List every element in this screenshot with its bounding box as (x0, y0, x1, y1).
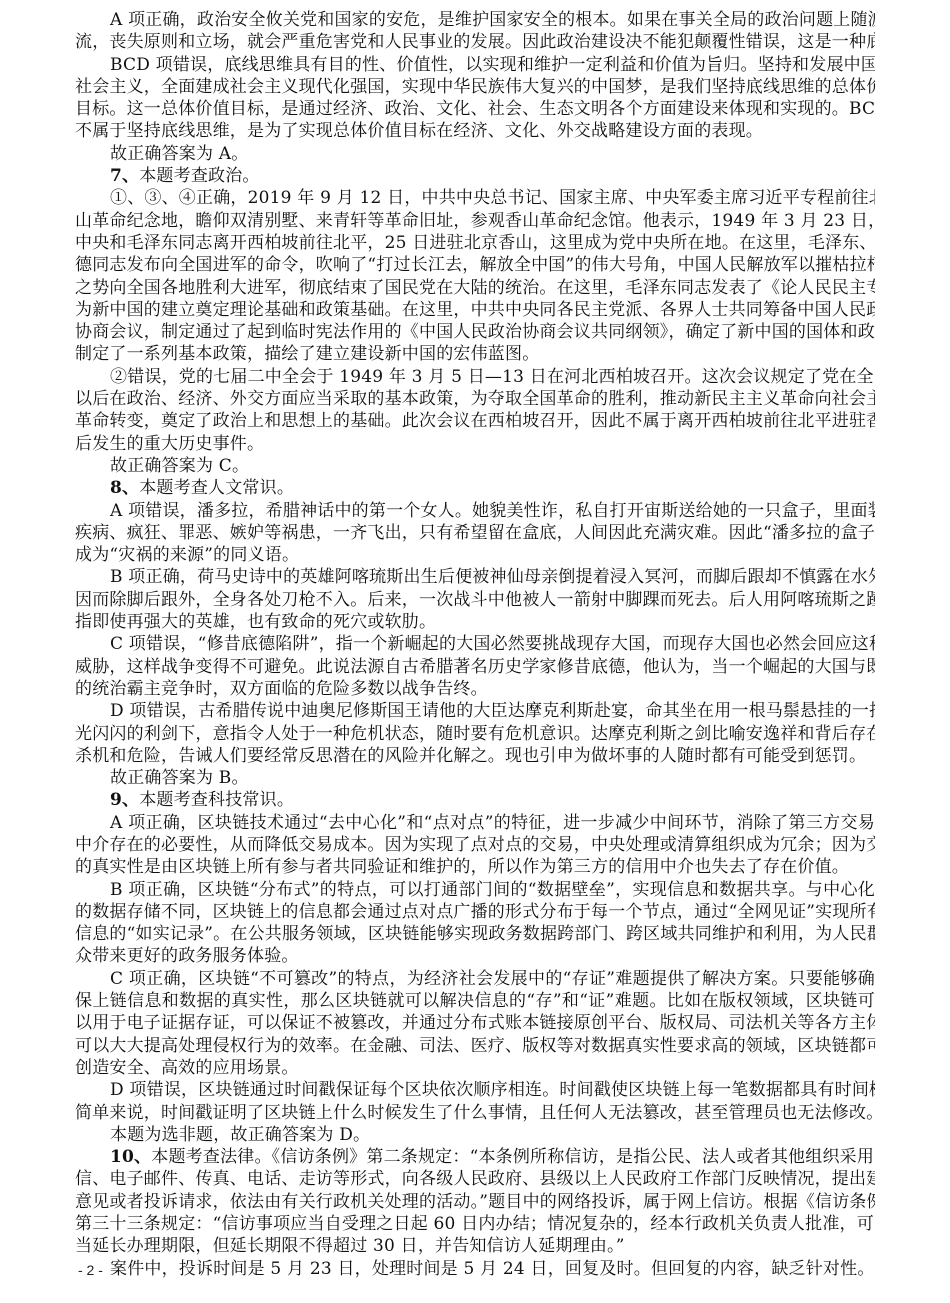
paragraph: D 项错误，区块链通过时间戳保证每个区块依次顺序相连。时间戳使区块链上每一笔数据… (75, 1079, 875, 1124)
text-line: 当延长办理期限，但延长期限不得超过 30 日，并告知信访人延期理由。” (75, 1235, 875, 1257)
section-heading: 8、本题考查人文常识。 (75, 477, 875, 499)
text-line: 制定了一系列基本政策，描绘了建立建设新中国的宏伟蓝图。 (75, 343, 875, 365)
text-line: 杀机和危险，告诫人们要经常反思潜在的风险并化解之。现也引申为做坏事的人随时都有可… (75, 745, 875, 767)
page-number: - 2 - (78, 1262, 103, 1278)
text-line: 保上链信息和数据的真实性，那么区块链就可以解决信息的“存”和“证”难题。比如在版… (75, 990, 875, 1012)
text-line: 之势向全国各地胜利大进军，彻底结束了国民党在大陆的统治。在这里，毛泽东同志发表了… (75, 277, 875, 299)
text-line: 本题为选非题，故正确答案为 D。 (75, 1124, 875, 1146)
text-line: C 项正确，区块链“不可篡改”的特点，为经济社会发展中的“存证”难题提供了解决方… (75, 968, 875, 990)
text-line: B 项正确，荷马史诗中的英雄阿喀琉斯出生后便被神仙母亲倒提着浸入冥河，而脚后跟却… (75, 566, 875, 588)
section-heading: 7、本题考查政治。 (75, 165, 875, 187)
paragraph: 本题为选非题，故正确答案为 D。 (75, 1124, 875, 1146)
paragraph: 故正确答案为 A。 (75, 143, 875, 165)
text-line: 可以大大提高处理侵权行为的效率。在金融、司法、医疗、版权等对数据真实性要求高的领… (75, 1035, 875, 1057)
text-line: BCD 项错误，底线思维具有目的性、价值性，以实现和维护一定利益和价值为旨归。坚… (75, 54, 875, 76)
text-line: 疾病、疯狂、罪恶、嫉妒等祸患，一齐飞出，只有希望留在盒底，人间因此充满灾难。因此… (75, 522, 875, 544)
text-line: 7、本题考查政治。 (75, 165, 875, 187)
text-line: 信息的“如实记录”。在公共服务领域，区块链能够实现政务数据跨部门、跨区域共同维护… (75, 923, 875, 945)
text-line: 简单来说，时间戳证明了区块链上什么时候发生了什么事情，且任何人无法篡改，甚至管理… (75, 1102, 875, 1124)
text-line: ①、③、④正确，2019 年 9 月 12 日，中共中央总书记、国家主席、中央军… (75, 187, 875, 209)
text-line: 光闪闪的利剑下，意指令人处于一种危机状态，随时要有危机意识。达摩克利斯之剑比喻安… (75, 723, 875, 745)
question-number: 9、 (110, 790, 139, 810)
paragraph: A 项正确，区块链技术通过“去中心化”和“点对点”的特征，进一步减少中间环节，消… (75, 812, 875, 879)
paragraph: D 项错误，古希腊传说中迪奥尼修斯国王请他的大臣达摩克利斯赴宴，命其坐在用一根马… (75, 700, 875, 767)
text-line: D 项错误，古希腊传说中迪奥尼修斯国王请他的大臣达摩克利斯赴宴，命其坐在用一根马… (75, 700, 875, 722)
question-number: 10、 (110, 1147, 151, 1167)
text-line: C 项错误，“修昔底德陷阱”，指一个新崛起的大国必然要挑战现存大国，而现存大国也… (75, 633, 875, 655)
text-line: 信、电子邮件、传真、电话、走访等形式，向各级人民政府、县级以上人民政府工作部门反… (75, 1168, 875, 1190)
text-line: 以后在政治、经济、外交方面应当采取的基本政策，为夺取全国革命的胜利，推动新民主主… (75, 388, 875, 410)
paragraph: A 项错误，潘多拉，希腊神话中的第一个女人。她貌美性诈，私自打开宙斯送给她的一只… (75, 500, 875, 567)
paragraph: B 项正确，荷马史诗中的英雄阿喀琉斯出生后便被神仙母亲倒提着浸入冥河，而脚后跟却… (75, 566, 875, 633)
text-line: 德同志发布向全国进军的命令，吹响了“打过长江去，解放全中国”的伟大号角，中国人民… (75, 254, 875, 276)
text-line: 为新中国的建立奠定理论基础和政策基础。在这里，中共中央同各民主党派、各界人士共同… (75, 299, 875, 321)
text-line: A 项正确，区块链技术通过“去中心化”和“点对点”的特征，进一步减少中间环节，消… (75, 812, 875, 834)
text-line: B 项正确，区块链“分布式”的特点，可以打通部门间的“数据壁垒”，实现信息和数据… (75, 879, 875, 901)
paragraph: BCD 项错误，底线思维具有目的性、价值性，以实现和维护一定利益和价值为旨归。坚… (75, 54, 875, 143)
paragraph: 故正确答案为 B。 (75, 767, 875, 789)
text-line: 威胁，这样战争变得不可避免。此说法源自古希腊著名历史学家修昔底德，他认为，当一个… (75, 656, 875, 678)
text-line: 后发生的重大历史事件。 (75, 433, 875, 455)
paragraph: 10、本题考查法律。《信访条例》第二条规定：“本条例所称信访，是指公民、法人或者… (75, 1146, 875, 1257)
text-line: 故正确答案为 C。 (75, 455, 875, 477)
text-line: 的真实性是由区块链上所有参与者共同验证和维护的，所以作为第三方的信用中介也失去了… (75, 856, 875, 878)
text-line: 山革命纪念地，瞻仰双清别墅、来青轩等革命旧址，参观香山革命纪念馆。他表示，194… (75, 210, 875, 232)
text-line: 的统治霸主竞争时，双方面临的危险多数以战争告终。 (75, 678, 875, 700)
paragraph: C 项正确，区块链“不可篡改”的特点，为经济社会发展中的“存证”难题提供了解决方… (75, 968, 875, 1079)
text-line: 中介存在的必要性，从而降低交易成本。因为实现了点对点的交易，中央处理或清算组织成… (75, 834, 875, 856)
document-body: A 项正确，政治安全攸关党和国家的安危，是维护国家安全的根本。如果在事关全局的政… (75, 9, 875, 1280)
text-line: 故正确答案为 B。 (75, 767, 875, 789)
paragraph: 案件中，投诉时间是 5 月 23 日，处理时间是 5 月 24 日，回复及时。但… (75, 1258, 875, 1280)
text-line: 众带来更好的政务服务体验。 (75, 945, 875, 967)
text-line: 协商会议，制定通过了起到临时宪法作用的《中国人民政治协商会议共同纲领》，确定了新… (75, 321, 875, 343)
text-line: 成为“灾祸的来源”的同义语。 (75, 544, 875, 566)
paragraph: C 项错误，“修昔底德陷阱”，指一个新崛起的大国必然要挑战现存大国，而现存大国也… (75, 633, 875, 700)
paragraph: ②错误，党的七届二中全会于 1949 年 3 月 5 日—13 日在河北西柏坡召… (75, 366, 875, 455)
text-line: 指即使再强大的英雄，也有致命的死穴或软肋。 (75, 611, 875, 633)
text-line: 不属于坚持底线思维，是为了实现总体价值目标在经济、文化、外交战略建设方面的表现。 (75, 120, 875, 142)
text-line: 中央和毛泽东同志离开西柏坡前往北平，25 日进驻北京香山，这里成为党中央所在地。… (75, 232, 875, 254)
text-line: 第三十三条规定：“信访事项应当自受理之日起 60 日内办结；情况复杂的，经本行政… (75, 1213, 875, 1235)
paragraph: B 项正确，区块链“分布式”的特点，可以打通部门间的“数据壁垒”，实现信息和数据… (75, 879, 875, 968)
text-line: 因而除脚后跟外，全身各处刀枪不入。后来，一次战斗中他被人一箭射中脚踝而死去。后人… (75, 589, 875, 611)
text-line: 以用于电子证据存证，可以保证不被篡改，并通过分布式账本链接原创平台、版权局、司法… (75, 1012, 875, 1034)
text-line: 的数据存储不同，区块链上的信息都会通过点对点广播的形式分布于每一个节点，通过“全… (75, 901, 875, 923)
text-line: 流，丧失原则和立场，就会严重危害党和人民事业的发展。因此政治建设决不能犯颠覆性错… (75, 31, 875, 53)
text-line: 意见或者投诉请求，依法由有关行政机关处理的活动。”题目中的网络投诉，属于网上信访… (75, 1191, 875, 1213)
paragraph: A 项正确，政治安全攸关党和国家的安危，是维护国家安全的根本。如果在事关全局的政… (75, 9, 875, 54)
document-page: A 项正确，政治安全攸关党和国家的安危，是维护国家安全的根本。如果在事关全局的政… (0, 0, 950, 1303)
text-line: 目标。这一总体价值目标，是通过经济、政治、文化、社会、生态文明各个方面建设来体现… (75, 98, 875, 120)
text-line: 10、本题考查法律。《信访条例》第二条规定：“本条例所称信访，是指公民、法人或者… (75, 1146, 875, 1168)
paragraph: 故正确答案为 C。 (75, 455, 875, 477)
text-line: 9、本题考查科技常识。 (75, 789, 875, 811)
text-line: A 项正确，政治安全攸关党和国家的安危，是维护国家安全的根本。如果在事关全局的政… (75, 9, 875, 31)
text-line: 创造安全、高效的应用场景。 (75, 1057, 875, 1079)
text-line: 革命转变，奠定了政治上和思想上的基础。此次会议在西柏坡召开，因此不属于离开西柏坡… (75, 410, 875, 432)
paragraph: ①、③、④正确，2019 年 9 月 12 日，中共中央总书记、国家主席、中央军… (75, 187, 875, 365)
text-line: 案件中，投诉时间是 5 月 23 日，处理时间是 5 月 24 日，回复及时。但… (75, 1258, 875, 1280)
text-line: D 项错误，区块链通过时间戳保证每个区块依次顺序相连。时间戳使区块链上每一笔数据… (75, 1079, 875, 1101)
text-line: ②错误，党的七届二中全会于 1949 年 3 月 5 日—13 日在河北西柏坡召… (75, 366, 875, 388)
text-line: 8、本题考查人文常识。 (75, 477, 875, 499)
question-number: 7、 (110, 166, 139, 186)
text-line: A 项错误，潘多拉，希腊神话中的第一个女人。她貌美性诈，私自打开宙斯送给她的一只… (75, 500, 875, 522)
question-number: 8、 (110, 478, 139, 498)
text-line: 故正确答案为 A。 (75, 143, 875, 165)
text-line: 社会主义，全面建成社会主义现代化强国，实现中华民族伟大复兴的中国梦，是我们坚持底… (75, 76, 875, 98)
section-heading: 9、本题考查科技常识。 (75, 789, 875, 811)
